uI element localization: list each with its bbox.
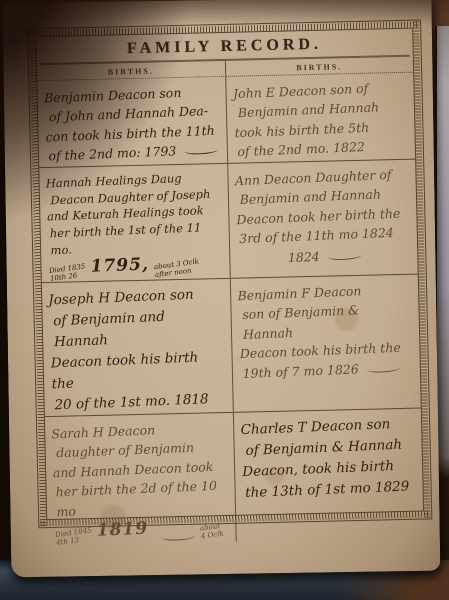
record-line: of Benjamin and Hannah xyxy=(53,304,224,353)
photo-scene: FAMILY RECORD. BIRTHS. BIRTHS. Benjamin … xyxy=(0,0,449,600)
record-row-4: Sarah H Deacon daughter of Benjamin and … xyxy=(45,409,424,547)
record-row-1: Benjamin Deacon son of John and Hannah D… xyxy=(37,73,415,168)
record-frame: FAMILY RECORD. BIRTHS. BIRTHS. Benjamin … xyxy=(27,19,432,528)
record-table: FAMILY RECORD. BIRTHS. BIRTHS. Benjamin … xyxy=(35,28,424,520)
record-ann-deacon-1824: Ann Deacon Daughter of Benjamin and Hann… xyxy=(228,159,418,277)
death-note: Died 1845 4th 13 xyxy=(55,527,93,547)
record-benjamin-deacon-1793: Benjamin Deacon son of John and Hannah D… xyxy=(37,77,227,167)
time-note: about 3 Oclk after noon xyxy=(153,257,200,279)
pen-flourish xyxy=(184,146,218,155)
record-line: son of Benjamin & Hannah xyxy=(241,298,412,344)
pen-flourish xyxy=(161,532,195,541)
pen-flourish xyxy=(366,363,400,372)
birth-year: 1795, xyxy=(90,252,149,279)
record-sarah-h-deacon-1819: Sarah H Deacon daughter of Benjamin and … xyxy=(45,413,236,546)
book-page: FAMILY RECORD. BIRTHS. BIRTHS. Benjamin … xyxy=(2,0,440,577)
record-row-2: Hannah Healings Daug Deacon Daughter of … xyxy=(39,159,418,283)
record-row-3: Joseph H Deacon son of Benjamin and Hann… xyxy=(42,274,421,417)
pen-flourish xyxy=(327,250,361,259)
records-grid: Benjamin Deacon son of John and Hannah D… xyxy=(37,73,423,547)
record-line: Deacon took his birth the xyxy=(50,346,225,395)
death-note: Died 1835 10th 26 xyxy=(49,262,87,282)
record-hannah-healings-deacon-1795: Hannah Healings Daug Deacon Daughter of … xyxy=(39,163,230,281)
record-benjamin-f-deacon-1826: Benjamin F Deacon son of Benjamin & Hann… xyxy=(230,274,420,412)
record-john-e-deacon-1822: John E Deacon son of Benjamin and Hannah… xyxy=(226,73,415,163)
birth-year: 1819 xyxy=(96,516,148,544)
time-note: about 4 Oclk xyxy=(199,522,224,541)
record-charles-t-deacon-1829: Charles T Deacon son of Benjamin & Hanna… xyxy=(233,409,423,542)
record-joseph-h-deacon-1818: Joseph H Deacon son of Benjamin and Hann… xyxy=(42,278,233,416)
